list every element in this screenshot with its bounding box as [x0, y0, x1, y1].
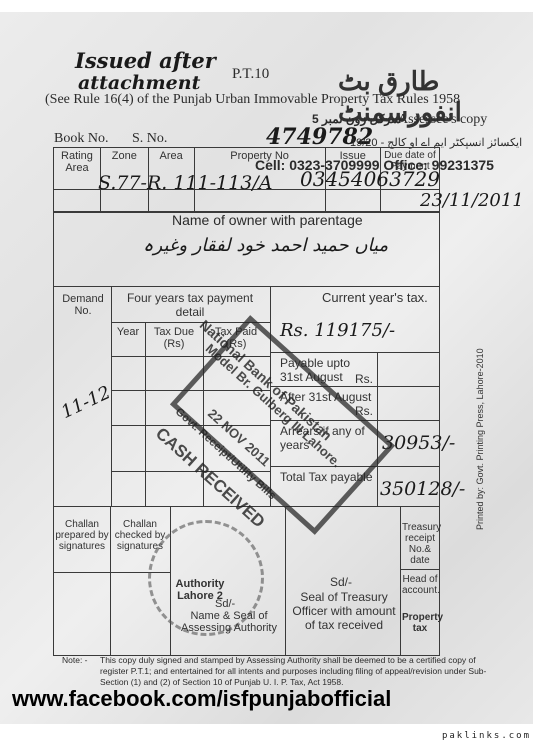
four-years-label: Four years tax payment detail: [120, 291, 260, 319]
demand-no-label: Demand No.: [60, 293, 106, 317]
note-text: This copy duly signed and stamped by Ass…: [100, 655, 500, 688]
watermark-url: www.facebook.com/isfpunjabofficial: [12, 686, 391, 712]
rule-line: (See Rule 16(4) of the Punjab Urban Immo…: [45, 92, 460, 108]
treasury-sd: Sd/-: [330, 575, 352, 589]
site-credit: paklinks.com: [442, 731, 531, 741]
tax-due-label: Tax Due (Rs): [146, 326, 202, 350]
assessing-authority-label: Name & Seal of Assessing Authority: [175, 610, 283, 634]
total-value: 350128/-: [380, 478, 465, 500]
head-of-account-label: Head of account.: [402, 574, 438, 596]
copy-label: Assessee's copy: [398, 112, 487, 128]
payable-august-rs: Rs.: [355, 372, 373, 386]
note-label: Note: -: [62, 655, 88, 665]
treasury-receipt-label: Treasury receipt No.& date: [402, 522, 438, 566]
property-tax-label: Property tax: [402, 612, 438, 634]
handwritten-issued-after: Issued after: [75, 48, 216, 73]
handwritten-attachment: attachment: [78, 72, 200, 94]
owner-label: Name of owner with parentage: [172, 212, 363, 228]
s-no-label: S. No.: [132, 131, 167, 147]
assessing-sd: Sd/-: [215, 598, 235, 610]
handwritten-phone: 03454063729: [300, 167, 440, 191]
printer-line: Printed by: Govt. Printing Press, Lahore…: [475, 348, 485, 530]
year-label: Year: [112, 326, 144, 338]
current-year-label: Current year's tax.: [322, 290, 428, 305]
treasury-officer-label: Seal of Treasury Officer with amount of …: [290, 590, 398, 632]
challan-prepared-label: Challan prepared by signatures: [55, 519, 109, 552]
header-rating-area: Rating Area: [54, 148, 101, 190]
handwritten-date: 23/11/2011: [420, 190, 524, 211]
form-code: P.T.10: [232, 66, 269, 83]
owner-name-handwritten: میاں حمید احمد خود لفقار وغیرہ: [143, 235, 388, 256]
book-no-label: Book No.: [54, 131, 108, 147]
handwritten-rating-zone-area: S.77-R. 111-113/A: [98, 172, 272, 194]
current-year-value: Rs. 119175/-: [280, 320, 395, 341]
